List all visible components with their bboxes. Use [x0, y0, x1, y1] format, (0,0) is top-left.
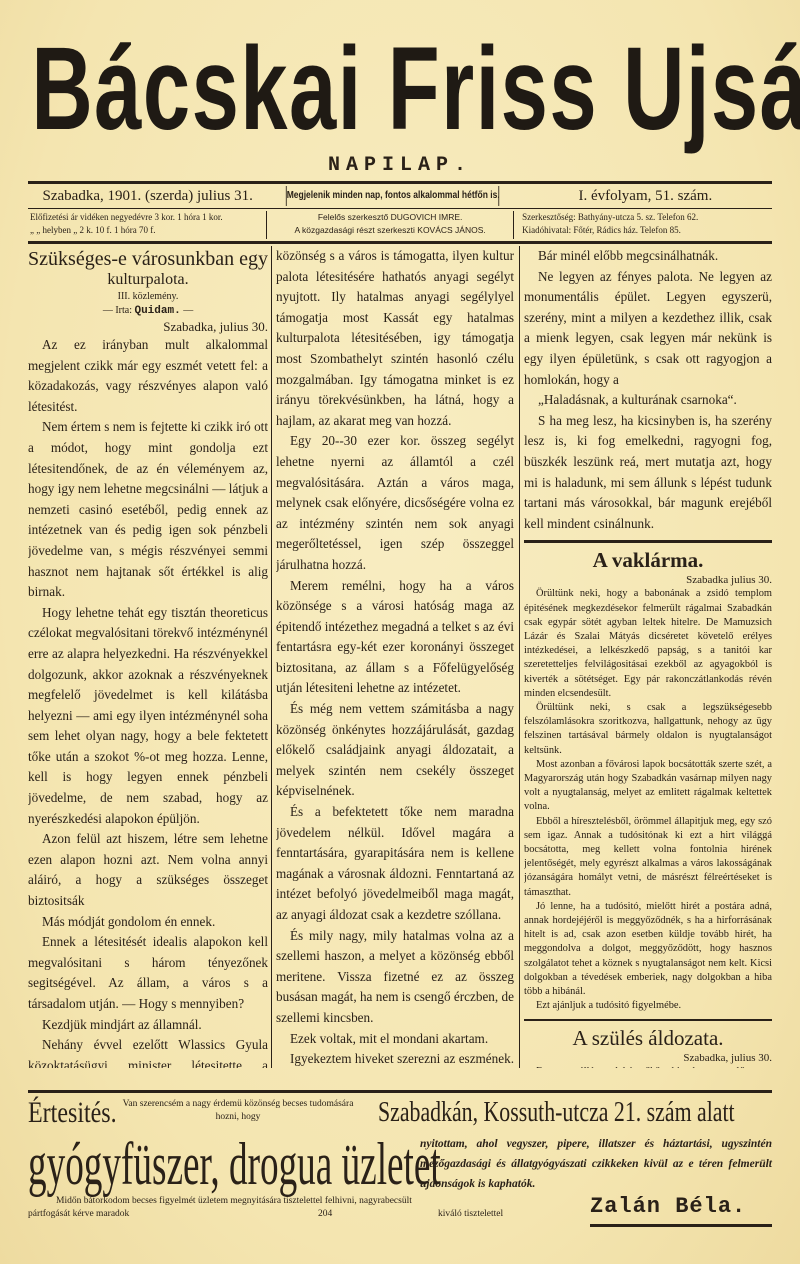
advert-shop-name: gyógyfüszer, drogua üzletet — [28, 1132, 441, 1196]
paragraph: Jó lenne, ha a tudósitó, mielőtt hirét a… — [524, 900, 772, 999]
advert-heading: Értesités. — [28, 1096, 117, 1130]
paragraph: Örültünk neki, s csak a legszükségesebb … — [524, 701, 772, 758]
offices: Szerkesztőség: Bathyány-utcza 5. sz. Tel… — [514, 211, 772, 239]
issue-info-row: Szabadka, 1901. (szerda) julius 31. Megj… — [28, 186, 772, 206]
paragraph: Az ez irányban mult alkalommal megjelent… — [28, 335, 268, 417]
article-body: Szabadka, julius 30. Egy a szálláson lak… — [524, 1051, 772, 1068]
article-subtitle: kulturpalota. — [28, 270, 268, 290]
subscription-prices: Előfizetési ár vidéken negyedévre 3 kor.… — [28, 211, 266, 239]
byline-suffix: — — [183, 305, 193, 316]
publisher-info-row: Előfizetési ár vidéken negyedévre 3 kor.… — [28, 211, 772, 239]
column-divider — [519, 246, 520, 1068]
advert-rule — [28, 1090, 772, 1093]
advert-address: Szabadkán, Kossuth-utcza 21. szám alatt — [378, 1096, 735, 1130]
paragraph: Nehány évvel ezelőtt Wlassics Gyula közo… — [28, 1035, 268, 1068]
column-2: közönség s a város is támogatta, ilyen k… — [276, 246, 514, 1068]
paragraph: Ne legyen az fényes palota. Ne legyen az… — [524, 267, 772, 391]
page-number: 204 — [318, 1208, 332, 1220]
editors: Felelős szerkesztő DUGOVICH IMRE. A közg… — [266, 211, 514, 239]
article-title: Szükséges-e városunkban egy — [28, 248, 268, 270]
column-3: Bár minél előbb megcsinálhatnák. Ne legy… — [524, 246, 772, 1068]
issue-volume: I. évfolyam, 51. szám. — [519, 186, 772, 206]
article-installment: III. közlemény. — [28, 290, 268, 304]
publication-note: Megjelenik minden nap, fontos alkalommal… — [286, 186, 500, 206]
paragraph: Kezdjük mindjárt az államnál. — [28, 1015, 268, 1036]
paragraph: Ebből a híresztelésből, örömmel állapitj… — [524, 815, 772, 900]
paragraph: És még nem vettem számitásba a nagy közö… — [276, 699, 514, 802]
issue-date: Szabadka, 1901. (szerda) julius 31. — [28, 186, 267, 206]
header-rule-thin — [28, 208, 772, 209]
paragraph: Egy a szálláson lakó nőhöz hivtak tegnap… — [524, 1065, 772, 1068]
advert-description: nyitottam, ahol vegyszer, pipere, illats… — [420, 1134, 772, 1194]
article-byline: — Irta: Quidam. — — [28, 304, 268, 318]
header-rule — [28, 181, 772, 184]
advert-footer: pártfogását kérve maradok 204 kiváló tis… — [28, 1208, 588, 1220]
masthead: Bácskai Friss Ujság NAPILAP. — [20, 30, 780, 160]
advert-footer-line: Midőn bátorkodom becses figyelmét üzlete… — [56, 1195, 596, 1207]
newspaper-title: Bácskai Friss Ujság — [31, 30, 800, 148]
newspaper-page: Bácskai Friss Ujság NAPILAP. Szabadka, 1… — [0, 0, 800, 1264]
newspaper-subtitle: NAPILAP. — [20, 154, 780, 177]
office-line: Szerkesztőség: Bathyány-utcza 5. sz. Tel… — [522, 211, 772, 224]
paragraph: Hogy lehetne tehát egy tisztán theoretic… — [28, 603, 268, 830]
paragraph: Örültünk neki, hogy a babonának a zsidó … — [524, 587, 772, 701]
paragraph: Nem értem s nem is fejtette ki czikk iró… — [28, 417, 268, 602]
section-rule — [524, 1019, 772, 1021]
subscription-line: Előfizetési ár vidéken negyedévre 3 kor.… — [30, 211, 266, 224]
editor-line: Felelős szerkesztő DUGOVICH IMRE. — [267, 211, 513, 224]
article-dateline: Szabadka, julius 30. — [28, 318, 268, 335]
article-body: Szabadka julius 30. Örültünk neki, hogy … — [524, 573, 772, 1013]
paragraph: Ezt ajánljuk a tudósitó figyelmébe. — [524, 999, 772, 1013]
office-line: Kiadóhivatal: Főtér, Rádics ház. Telefon… — [522, 224, 772, 237]
paragraph: Merem remélni, hogy ha a város közönsége… — [276, 576, 514, 700]
paragraph: Igyekeztem hiveket szerezni az eszmének.… — [276, 1049, 514, 1068]
article-dateline: Szabadka julius 30. — [524, 573, 772, 587]
byline-prefix: — Irta: — [103, 305, 132, 316]
paragraph: Ennek a létesitését idealis alapokon kel… — [28, 932, 268, 1014]
paragraph: S ha meg lesz, ha kicsinyben is, ha szer… — [524, 411, 772, 535]
subscription-line: „ „ helyben „ 2 k. 10 f. 1 hóra 70 f. — [30, 224, 266, 237]
column-divider — [271, 246, 272, 1068]
section-rule — [524, 540, 772, 543]
article-title: A vaklárma. — [524, 547, 772, 573]
advert-closing: kiváló tisztelettel — [438, 1208, 503, 1220]
editor-line: A közgazdasági részt szerkeszti KOVÁCS J… — [267, 224, 513, 237]
paragraph: Ezek voltak, mit el mondani akartam. — [276, 1029, 514, 1050]
header-rule-bottom — [28, 241, 772, 244]
column-1: Szükséges-e városunkban egy kulturpalota… — [28, 246, 268, 1068]
paragraph: közönség s a város is támogatta, ilyen k… — [276, 246, 514, 431]
paragraph: Más módját gondolom én ennek. — [28, 912, 268, 933]
advert-signature: Zalán Béla. — [590, 1194, 746, 1219]
signature-rule — [590, 1224, 772, 1227]
advertisement: Értesités. Van szerencsém a nagy érdemü … — [28, 1096, 772, 1226]
paragraph: Most azonban a fővárosi lapok bocsátottá… — [524, 758, 772, 815]
article-title: A szülés áldozata. — [524, 1025, 772, 1051]
author-name: Quidam. — [134, 305, 180, 317]
article-dateline: Szabadka, julius 30. — [524, 1051, 772, 1065]
advert-intro: Van szerencsém a nagy érdemü közönség be… — [118, 1098, 358, 1124]
paragraph: Egy 20--30 ezer kor. összeg segélyt lehe… — [276, 431, 514, 575]
paragraph: És a befektetett tőke nem maradna jövede… — [276, 802, 514, 926]
paragraph: És mily nagy, mily hatalmas volna az a s… — [276, 926, 514, 1029]
advert-footer-line: pártfogását kérve maradok — [28, 1209, 129, 1219]
paragraph: „Haladásnak, a kulturának csarnoka“. — [524, 390, 772, 411]
paragraph: Bár minél előbb megcsinálhatnák. — [524, 246, 772, 267]
paragraph: Azon felül azt hiszem, létre sem lehetne… — [28, 829, 268, 911]
